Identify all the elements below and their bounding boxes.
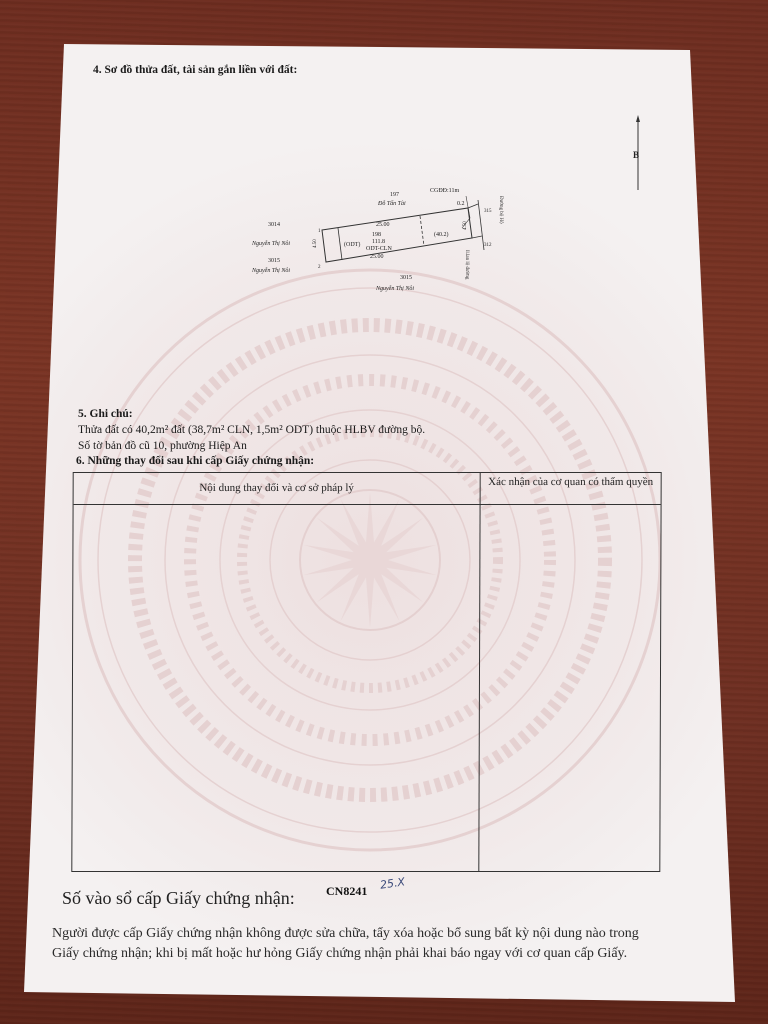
svg-text:Đường bộ Hộ: Đường bộ Hộ	[498, 196, 503, 224]
svg-text:315: 315	[484, 209, 492, 214]
section5-heading: 5. Ghi chú:	[78, 408, 133, 420]
north-arrow-icon: B	[633, 115, 640, 190]
registry-label: Số vào sổ cấp Giấy chứng nhận:	[62, 888, 295, 909]
svg-text:Đỗ Tấn Tài: Đỗ Tấn Tài	[377, 200, 406, 207]
svg-text:1: 1	[318, 229, 321, 234]
svg-text:3015: 3015	[400, 275, 412, 281]
svg-text:25.00: 25.00	[370, 254, 384, 260]
section6-heading: 6. Những thay đổi sau khi cấp Giấy chứng…	[76, 455, 314, 467]
svg-text:111.8: 111.8	[372, 239, 385, 245]
svg-text:2: 2	[318, 265, 321, 270]
svg-text:4.50: 4.50	[313, 239, 318, 248]
svg-text:Nguyễn Thị Nôi: Nguyễn Thị Nôi	[375, 285, 414, 292]
column-header-changes: Nội dung thay đổi và cơ sở pháp lý	[74, 482, 480, 494]
svg-text:ll.lan lộ đường: ll.lan lộ đường	[464, 250, 469, 280]
svg-text:312: 312	[484, 243, 492, 248]
note-line-2: Số tờ bản đồ cũ 10, phường Hiệp An	[78, 440, 247, 452]
column-header-confirmation: Xác nhận của cơ quan có thẩm quyền	[481, 476, 661, 489]
svg-text:B: B	[633, 150, 639, 160]
svg-text:(40.2): (40.2)	[434, 231, 449, 238]
svg-text:0.2: 0.2	[457, 201, 465, 207]
svg-text:ODT-CLN: ODT-CLN	[366, 246, 392, 252]
svg-text:CGĐĐ:11m: CGĐĐ:11m	[430, 188, 459, 194]
column-divider	[478, 473, 480, 871]
note-line-1: Thửa đất có 40,2m² đất (38,7m² CLN, 1,5m…	[78, 424, 425, 436]
svg-text:Nguyễn Thị Nôi: Nguyễn Thị Nôi	[251, 267, 290, 274]
changes-table-header: Nội dung thay đổi và cơ sở pháp lý Xác n…	[74, 473, 661, 505]
svg-text:3015: 3015	[268, 258, 280, 264]
svg-text:198: 198	[372, 232, 381, 238]
svg-text:Nguyễn Thị Nôi: Nguyễn Thị Nôi	[251, 240, 290, 247]
registry-number: CN8241	[326, 884, 367, 899]
svg-text:3014: 3014	[268, 222, 280, 228]
svg-text:197: 197	[390, 192, 399, 198]
warning-line-1: Người được cấp Giấy chứng nhận không đượ…	[52, 924, 639, 944]
svg-text:4.50: 4.50	[463, 221, 468, 230]
warning-line-2: Giấy chứng nhận; khi bị mất hoặc hư hỏng…	[52, 944, 627, 964]
land-certificate-page: 4. Sơ đồ thửa đất, tài sản gắn liền với …	[0, 0, 768, 1024]
svg-text:(ODT): (ODT)	[344, 241, 360, 248]
changes-table: Nội dung thay đổi và cơ sở pháp lý Xác n…	[71, 472, 661, 872]
svg-text:25.00: 25.00	[376, 222, 390, 228]
